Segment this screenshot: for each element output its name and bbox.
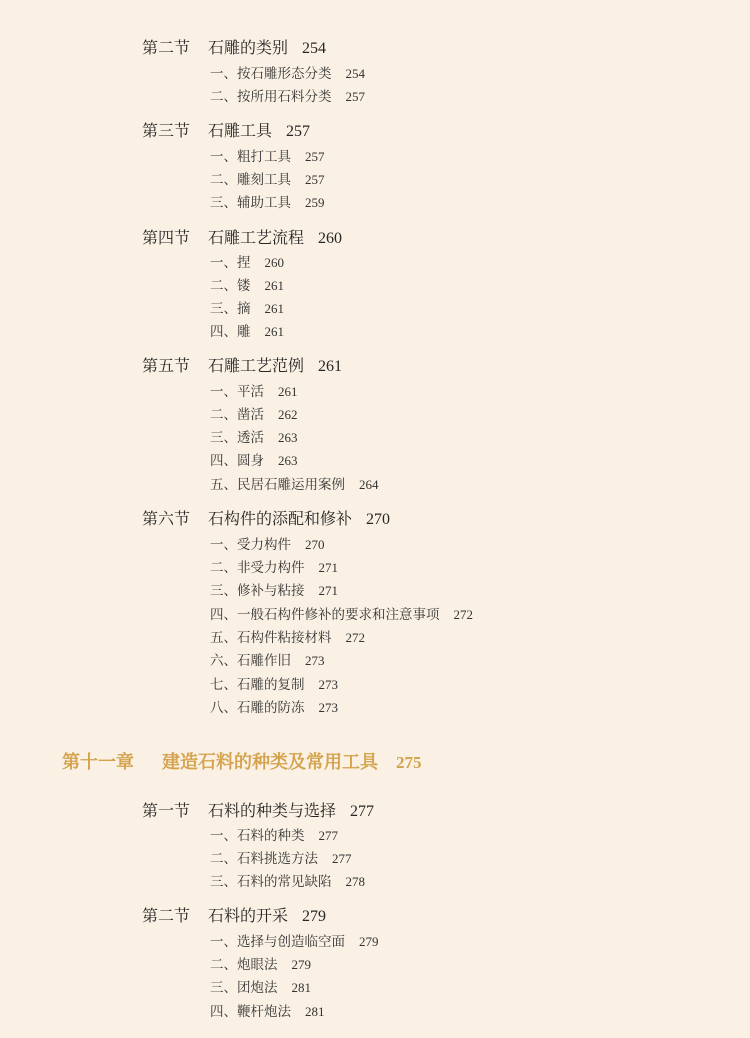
item-label: 三、透活 — [210, 430, 264, 446]
item-label: 一、受力构件 — [210, 537, 291, 553]
section-title: 石料的种类与选择 — [208, 801, 336, 820]
item-label: 三、辅助工具 — [210, 195, 291, 211]
item-label: 二、石料挑选方法 — [210, 851, 318, 867]
toc-item[interactable]: 三、辅助工具259 — [210, 194, 325, 212]
item-label: 一、选择与创造临空面 — [210, 934, 345, 950]
toc-item[interactable]: 三、修补与粘接271 — [210, 582, 338, 600]
toc-item[interactable]: 三、团炮法281 — [210, 979, 311, 997]
toc-section[interactable]: 第二节石料的开采279 — [142, 906, 326, 927]
page-number: 281 — [305, 1004, 325, 1019]
section-number: 第六节 — [142, 509, 208, 529]
item-label: 一、石料的种类 — [210, 828, 305, 844]
toc-item[interactable]: 四、雕261 — [210, 323, 284, 341]
item-label: 七、石雕的复制 — [210, 677, 305, 693]
item-label: 二、凿活 — [210, 407, 264, 423]
item-label: 一、按石雕形态分类 — [210, 66, 332, 82]
page-number: 278 — [346, 874, 366, 889]
toc-item[interactable]: 五、民居石雕运用案例264 — [210, 476, 379, 494]
toc-item[interactable]: 五、石构件粘接材料272 — [210, 629, 365, 647]
page-number: 260 — [318, 230, 342, 247]
toc-item[interactable]: 二、炮眼法279 — [210, 956, 311, 974]
toc-item[interactable]: 二、镂261 — [210, 277, 284, 295]
page-number: 257 — [346, 89, 366, 104]
page-number: 257 — [286, 123, 310, 140]
page-number: 275 — [396, 753, 422, 772]
page-number: 261 — [318, 358, 342, 375]
toc-item[interactable]: 一、选择与创造临空面279 — [210, 933, 379, 951]
item-label: 一、捏 — [210, 255, 251, 271]
toc-item[interactable]: 四、鞭杆炮法281 — [210, 1003, 325, 1021]
page-number: 277 — [350, 803, 374, 820]
page-number: 270 — [366, 511, 390, 528]
toc-item[interactable]: 四、圆身263 — [210, 452, 298, 470]
toc-section[interactable]: 第三节石雕工具257 — [142, 121, 310, 142]
item-label: 四、一般石构件修补的要求和注意事项 — [210, 607, 440, 623]
toc-chapter[interactable]: 第十一章建造石料的种类及常用工具275 — [62, 752, 422, 774]
toc-item[interactable]: 二、石料挑选方法277 — [210, 850, 352, 868]
section-number: 第四节 — [142, 228, 208, 248]
page-number: 262 — [278, 407, 298, 422]
section-number: 第一节 — [142, 801, 208, 821]
toc-item[interactable]: 八、石雕的防冻273 — [210, 699, 338, 717]
item-label: 八、石雕的防冻 — [210, 700, 305, 716]
section-title: 石构件的添配和修补 — [208, 509, 352, 528]
page-number: 273 — [319, 700, 339, 715]
toc-item[interactable]: 二、凿活262 — [210, 406, 298, 424]
toc-item[interactable]: 一、粗打工具257 — [210, 148, 325, 166]
page-number: 272 — [454, 607, 474, 622]
section-number: 第五节 — [142, 356, 208, 376]
page-number: 281 — [292, 980, 312, 995]
page-number: 271 — [319, 583, 339, 598]
item-label: 四、圆身 — [210, 453, 264, 469]
section-number: 第二节 — [142, 38, 208, 58]
chapter-number: 第十一章 — [62, 752, 162, 774]
toc-section[interactable]: 第二节石雕的类别254 — [142, 38, 326, 59]
item-label: 三、摘 — [210, 301, 251, 317]
toc-item[interactable]: 四、一般石构件修补的要求和注意事项272 — [210, 606, 473, 624]
toc-item[interactable]: 三、石料的常见缺陷278 — [210, 873, 365, 891]
toc-item[interactable]: 三、摘261 — [210, 300, 284, 318]
page-number: 271 — [319, 560, 339, 575]
toc-item[interactable]: 七、石雕的复制273 — [210, 676, 338, 694]
section-title: 石雕工艺范例 — [208, 356, 304, 375]
page-number: 263 — [278, 453, 298, 468]
chapter-title: 建造石料的种类及常用工具 — [162, 752, 378, 773]
toc-item[interactable]: 二、非受力构件271 — [210, 559, 338, 577]
toc-item[interactable]: 二、雕刻工具257 — [210, 171, 325, 189]
item-label: 二、雕刻工具 — [210, 172, 291, 188]
page-number: 257 — [305, 172, 325, 187]
page-number: 254 — [346, 66, 366, 81]
item-label: 二、镂 — [210, 278, 251, 294]
toc-item[interactable]: 二、按所用石料分类257 — [210, 88, 365, 106]
page-number: 270 — [305, 537, 325, 552]
item-label: 四、鞭杆炮法 — [210, 1004, 291, 1020]
toc-section[interactable]: 第六节石构件的添配和修补270 — [142, 509, 390, 530]
item-label: 二、非受力构件 — [210, 560, 305, 576]
page-number: 261 — [265, 324, 285, 339]
item-label: 一、粗打工具 — [210, 149, 291, 165]
section-title: 石料的开采 — [208, 906, 288, 925]
section-title: 石雕工艺流程 — [208, 228, 304, 247]
toc-section[interactable]: 第五节石雕工艺范例261 — [142, 356, 342, 377]
toc-item[interactable]: 一、按石雕形态分类254 — [210, 65, 365, 83]
item-label: 五、民居石雕运用案例 — [210, 477, 345, 493]
section-number: 第三节 — [142, 121, 208, 141]
page-number: 257 — [305, 149, 325, 164]
toc-item[interactable]: 一、石料的种类277 — [210, 827, 338, 845]
page-number: 264 — [359, 477, 379, 492]
item-label: 四、雕 — [210, 324, 251, 340]
item-label: 二、炮眼法 — [210, 957, 278, 973]
page-number: 261 — [278, 384, 298, 399]
page-number: 277 — [319, 828, 339, 843]
item-label: 一、平活 — [210, 384, 264, 400]
page-number: 273 — [319, 677, 339, 692]
item-label: 三、修补与粘接 — [210, 583, 305, 599]
section-title: 石雕的类别 — [208, 38, 288, 57]
toc-section[interactable]: 第一节石料的种类与选择277 — [142, 801, 374, 822]
item-label: 二、按所用石料分类 — [210, 89, 332, 105]
toc-item[interactable]: 一、捏260 — [210, 254, 284, 272]
section-title: 石雕工具 — [208, 121, 272, 140]
page-number: 279 — [302, 908, 326, 925]
page-number: 260 — [265, 255, 285, 270]
toc-item[interactable]: 三、透活263 — [210, 429, 298, 447]
toc-section[interactable]: 第四节石雕工艺流程260 — [142, 228, 342, 249]
page-number: 272 — [346, 630, 366, 645]
page-number: 263 — [278, 430, 298, 445]
page-number: 279 — [359, 934, 379, 949]
toc-item[interactable]: 六、石雕作旧273 — [210, 652, 325, 670]
section-number: 第二节 — [142, 906, 208, 926]
page-number: 261 — [265, 301, 285, 316]
page-number: 279 — [292, 957, 312, 972]
item-label: 六、石雕作旧 — [210, 653, 291, 669]
toc-item[interactable]: 一、受力构件270 — [210, 536, 325, 554]
item-label: 三、团炮法 — [210, 980, 278, 996]
page-number: 277 — [332, 851, 352, 866]
page-number: 273 — [305, 653, 325, 668]
item-label: 三、石料的常见缺陷 — [210, 874, 332, 890]
item-label: 五、石构件粘接材料 — [210, 630, 332, 646]
toc-item[interactable]: 一、平活261 — [210, 383, 298, 401]
page-number: 259 — [305, 195, 325, 210]
page-number: 254 — [302, 40, 326, 57]
page-number: 261 — [265, 278, 285, 293]
